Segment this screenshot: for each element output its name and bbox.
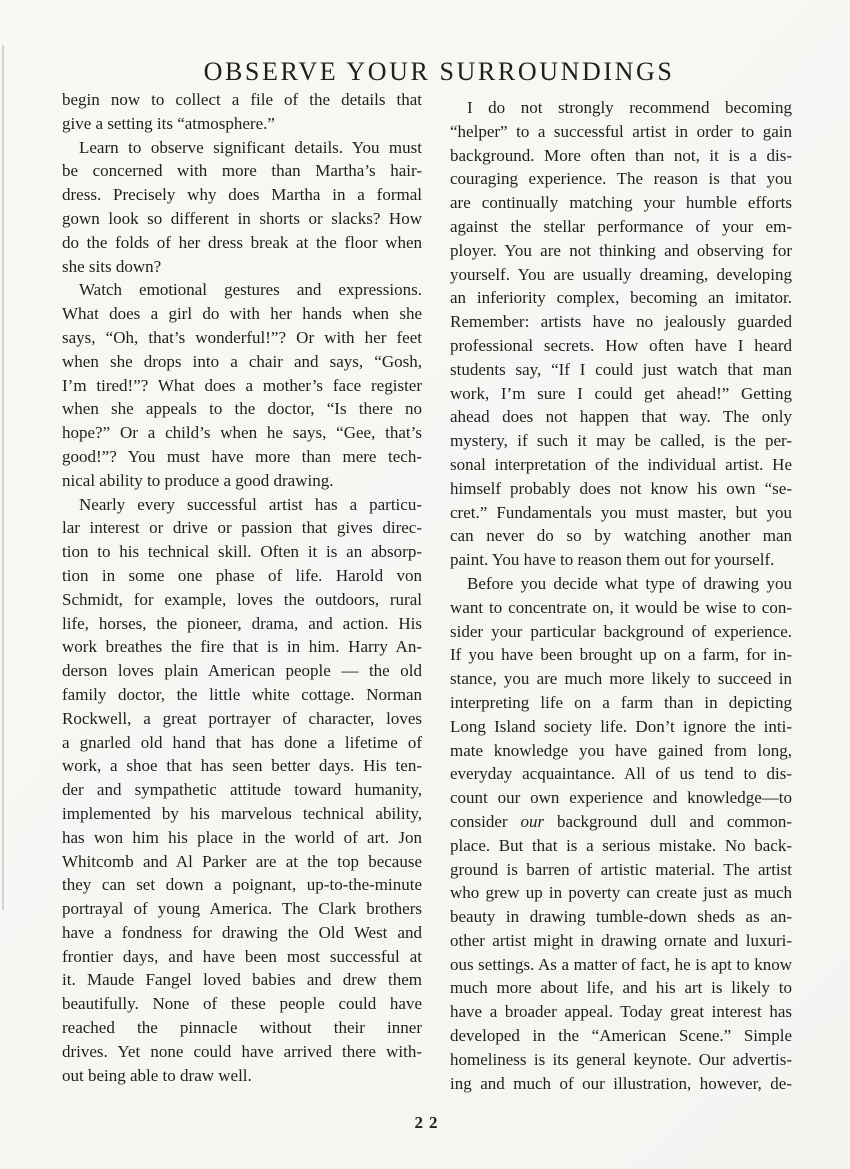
text-line: mystery, if such it may be called, is th… [450, 429, 792, 453]
text-line: want to concentrate on, it would be wise… [450, 596, 792, 620]
text-line: ous settings. As a matter of fact, he is… [450, 953, 792, 977]
left-column: begin now to collect a file of the detai… [62, 88, 422, 1087]
text-line: have a broader appeal. Today great inter… [450, 1000, 792, 1024]
text-line: life, horses, the pioneer, drama, and ac… [62, 612, 422, 636]
text-line: work, a shoe that has seen better days. … [62, 754, 422, 778]
text-line: count our own experience and knowledge—t… [450, 786, 792, 810]
text-line: has won him his place in the world of ar… [62, 826, 422, 850]
text-line: Rockwell, a great portrayer of character… [62, 707, 422, 731]
paragraph: Nearly every successful artist has a par… [62, 493, 422, 1088]
text-line: stance, you are much more likely to succ… [450, 667, 792, 691]
text-line: good!”? You must have more than mere tec… [62, 445, 422, 469]
text-line: beauty in drawing tumble-down sheds as a… [450, 905, 792, 929]
text-line: when she drops into a chair and says, “G… [62, 350, 422, 374]
text-line: who grew up in poverty can create just a… [450, 881, 792, 905]
paragraph: Watch emotional gestures and expressions… [62, 278, 422, 492]
text-line: ing and much of our illustration, howeve… [450, 1072, 792, 1096]
text-line: ployer. You are not thinking and observi… [450, 239, 792, 263]
book-page: OBSERVE YOUR SURROUNDINGS begin now to c… [0, 0, 850, 1169]
text-line: developed in the “American Scene.” Simpl… [450, 1024, 792, 1048]
text-line: sider your particular background of expe… [450, 620, 792, 644]
scan-edge-artifact [2, 45, 4, 910]
text-line: ahead does not happen that way. The only [450, 405, 792, 429]
text-line: work breathes the fire that is in him. H… [62, 635, 422, 659]
text-line: der and sympathetic attitude toward huma… [62, 778, 422, 802]
text-line: nical ability to produce a good drawing. [62, 469, 422, 493]
text-line: homeliness is its general keynote. Our a… [450, 1048, 792, 1072]
text-line: it. Maude Fangel loved babies and drew t… [62, 968, 422, 992]
text-line: students say, “If I could just watch tha… [450, 358, 792, 382]
text-line: says, “Oh, that’s wonderful!”? Or with h… [62, 326, 422, 350]
text-line: frontier days, and have been most succes… [62, 945, 422, 969]
text-line: give a setting its “atmosphere.” [62, 112, 422, 136]
text-line: sonal interpretation of the individual a… [450, 453, 792, 477]
text-line: What does a girl do with her hands when … [62, 302, 422, 326]
text-line: out being able to draw well. [62, 1064, 422, 1088]
text-line: work, I’m sure I could get ahead!” Getti… [450, 382, 792, 406]
text-line: Watch emotional gestures and expressions… [62, 278, 422, 302]
text-line: I’m tired!”? What does a mother’s face r… [62, 374, 422, 398]
text-line: portrayal of young America. The Clark br… [62, 897, 422, 921]
text-line: beautifully. None of these people could … [62, 992, 422, 1016]
text-line: when she appeals to the doctor, “Is ther… [62, 397, 422, 421]
text-line: have a fondness for drawing the Old West… [62, 921, 422, 945]
page-number: 22 [4, 1113, 850, 1133]
text-line: consider our background dull and common- [450, 810, 792, 834]
text-line: implemented by his marvelous technical a… [62, 802, 422, 826]
text-line: they can set down a poignant, up-to-the-… [62, 873, 422, 897]
text-line: hope?” Or a child’s when he says, “Gee, … [62, 421, 422, 445]
text-line: tion in some one phase of life. Harold v… [62, 564, 422, 588]
text-line: place. But that is a serious mistake. No… [450, 834, 792, 858]
text-line: Long Island society life. Don’t ignore t… [450, 715, 792, 739]
text-line: much more about life, and his art is lik… [450, 976, 792, 1000]
text-line: Learn to observe significant details. Yo… [62, 136, 422, 160]
text-line: If you have been brought up on a farm, f… [450, 643, 792, 667]
text-columns: begin now to collect a file of the detai… [62, 88, 792, 1095]
right-column: I do not strongly recommend becoming“hel… [450, 88, 792, 1095]
text-line: derson loves plain American people — the… [62, 659, 422, 683]
text-line: Remember: artists have no jealously guar… [450, 310, 792, 334]
text-line: dress. Precisely why does Martha in a fo… [62, 183, 422, 207]
text-line: mate knowledge you have gained from long… [450, 739, 792, 763]
text-line: family doctor, the little white cottage.… [62, 683, 422, 707]
text-line: yourself. You are usually dreaming, deve… [450, 263, 792, 287]
text-line: reached the pinnacle without their inner [62, 1016, 422, 1040]
text-line: “helper” to a successful artist in order… [450, 120, 792, 144]
text-line: cret.” Fundamentals you must master, but… [450, 501, 792, 525]
text-line: paint. You have to reason them out for y… [450, 548, 792, 572]
text-line: are continually matching your humble eff… [450, 191, 792, 215]
paragraph: I do not strongly recommend becoming“hel… [450, 96, 792, 572]
text-line: himself probably does not know his own “… [450, 477, 792, 501]
text-line: Before you decide what type of drawing y… [450, 572, 792, 596]
text-line: drives. Yet none could have arrived ther… [62, 1040, 422, 1064]
text-line: background. More often than not, it is a… [450, 144, 792, 168]
paragraph: Before you decide what type of drawing y… [450, 572, 792, 1096]
text-line: begin now to collect a file of the detai… [62, 88, 422, 112]
text-line: tion to his technical skill. Often it is… [62, 540, 422, 564]
text-line: can never do so by watching another man [450, 524, 792, 548]
text-line: ground is barren of artistic material. T… [450, 858, 792, 882]
text-line: gown look so different in shorts or slac… [62, 207, 422, 231]
text-line: be concerned with more than Martha’s hai… [62, 159, 422, 183]
paragraph: Learn to observe significant details. Yo… [62, 136, 422, 279]
text-line: Nearly every successful artist has a par… [62, 493, 422, 517]
text-line: she sits down? [62, 255, 422, 279]
text-line: lar interest or drive or passion that gi… [62, 516, 422, 540]
text-line: interpreting life on a farm than in depi… [450, 691, 792, 715]
text-line: Schmidt, for example, loves the outdoors… [62, 588, 422, 612]
text-line: Whitcomb and Al Parker are at the top be… [62, 850, 422, 874]
text-line: other artist might in drawing ornate and… [450, 929, 792, 953]
text-line: an inferiority complex, becoming an imit… [450, 286, 792, 310]
text-line: I do not strongly recommend becoming [450, 96, 792, 120]
text-line: a gnarled old hand that has done a lifet… [62, 731, 422, 755]
text-line: couraging experience. The reason is that… [450, 167, 792, 191]
text-line: against the stellar performance of your … [450, 215, 792, 239]
page-title: OBSERVE YOUR SURROUNDINGS [14, 57, 850, 87]
text-line: professional secrets. How often have I h… [450, 334, 792, 358]
text-line: do the folds of her dress break at the f… [62, 231, 422, 255]
paragraph: begin now to collect a file of the detai… [62, 88, 422, 136]
text-line: everyday acquaintance. All of us tend to… [450, 762, 792, 786]
